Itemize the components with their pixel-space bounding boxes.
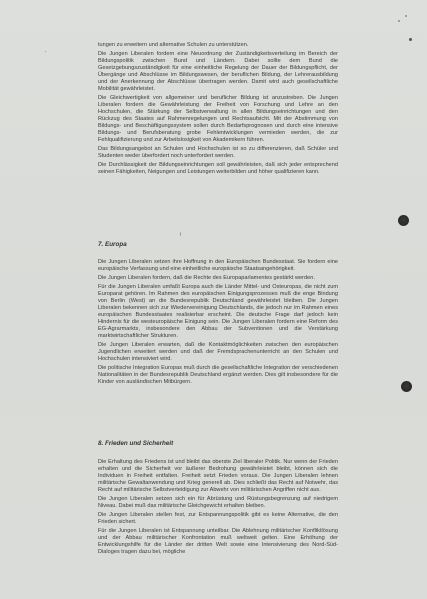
section-bildung: tungen zu erweitern und alternative Schu… — [98, 42, 338, 178]
paragraph: Die Erhaltung des Friedens ist und bleib… — [98, 459, 338, 494]
paragraph: tungen zu erweitern und alternative Schu… — [98, 42, 338, 49]
paragraph: Die Jungen Liberalen fordern, daß die Re… — [98, 275, 338, 282]
paragraph: Die politische Integration Europas muß d… — [98, 365, 338, 386]
scan-speck — [180, 232, 181, 236]
paragraph: Die Jungen Liberalen setzen sich ein für… — [98, 496, 338, 510]
paragraph: Für die Jungen Liberalen umfaßt Europa a… — [98, 284, 338, 340]
paragraph: Die Jungen Liberalen setzen ihre Hoffnun… — [98, 259, 338, 273]
paragraph: Für die Jungen Liberalen ist Entspannung… — [98, 528, 338, 556]
punch-hole-top — [398, 215, 409, 226]
section-frieden: Die Erhaltung des Friedens ist und bleib… — [98, 459, 338, 558]
scan-speck — [45, 51, 46, 52]
section-europa: Die Jungen Liberalen setzen ihre Hoffnun… — [98, 259, 338, 388]
scan-speck — [405, 15, 407, 17]
punch-hole-bottom — [401, 381, 412, 392]
paragraph: Die Gleichwertigkeit von allgemeiner und… — [98, 95, 338, 144]
paragraph: Das Bildungsangebot an Schulen und Hochs… — [98, 146, 338, 160]
paragraph: Die Durchlässigkeit der Bildungseinricht… — [98, 162, 338, 176]
paragraph: Die Jungen Liberalen erwarten, daß die K… — [98, 342, 338, 363]
scan-speck — [409, 38, 412, 41]
section-heading-frieden: 8. Frieden und Sicherheit — [98, 440, 173, 447]
paragraph: Die Jungen Liberalen fordern eine Neuord… — [98, 51, 338, 93]
paragraph: Die Jungen Liberalen stellen fest, zur E… — [98, 512, 338, 526]
section-heading-europa: 7. Europa — [98, 241, 127, 248]
scan-speck — [398, 20, 400, 22]
scanned-page: tungen zu erweitern und alternative Schu… — [0, 0, 427, 599]
